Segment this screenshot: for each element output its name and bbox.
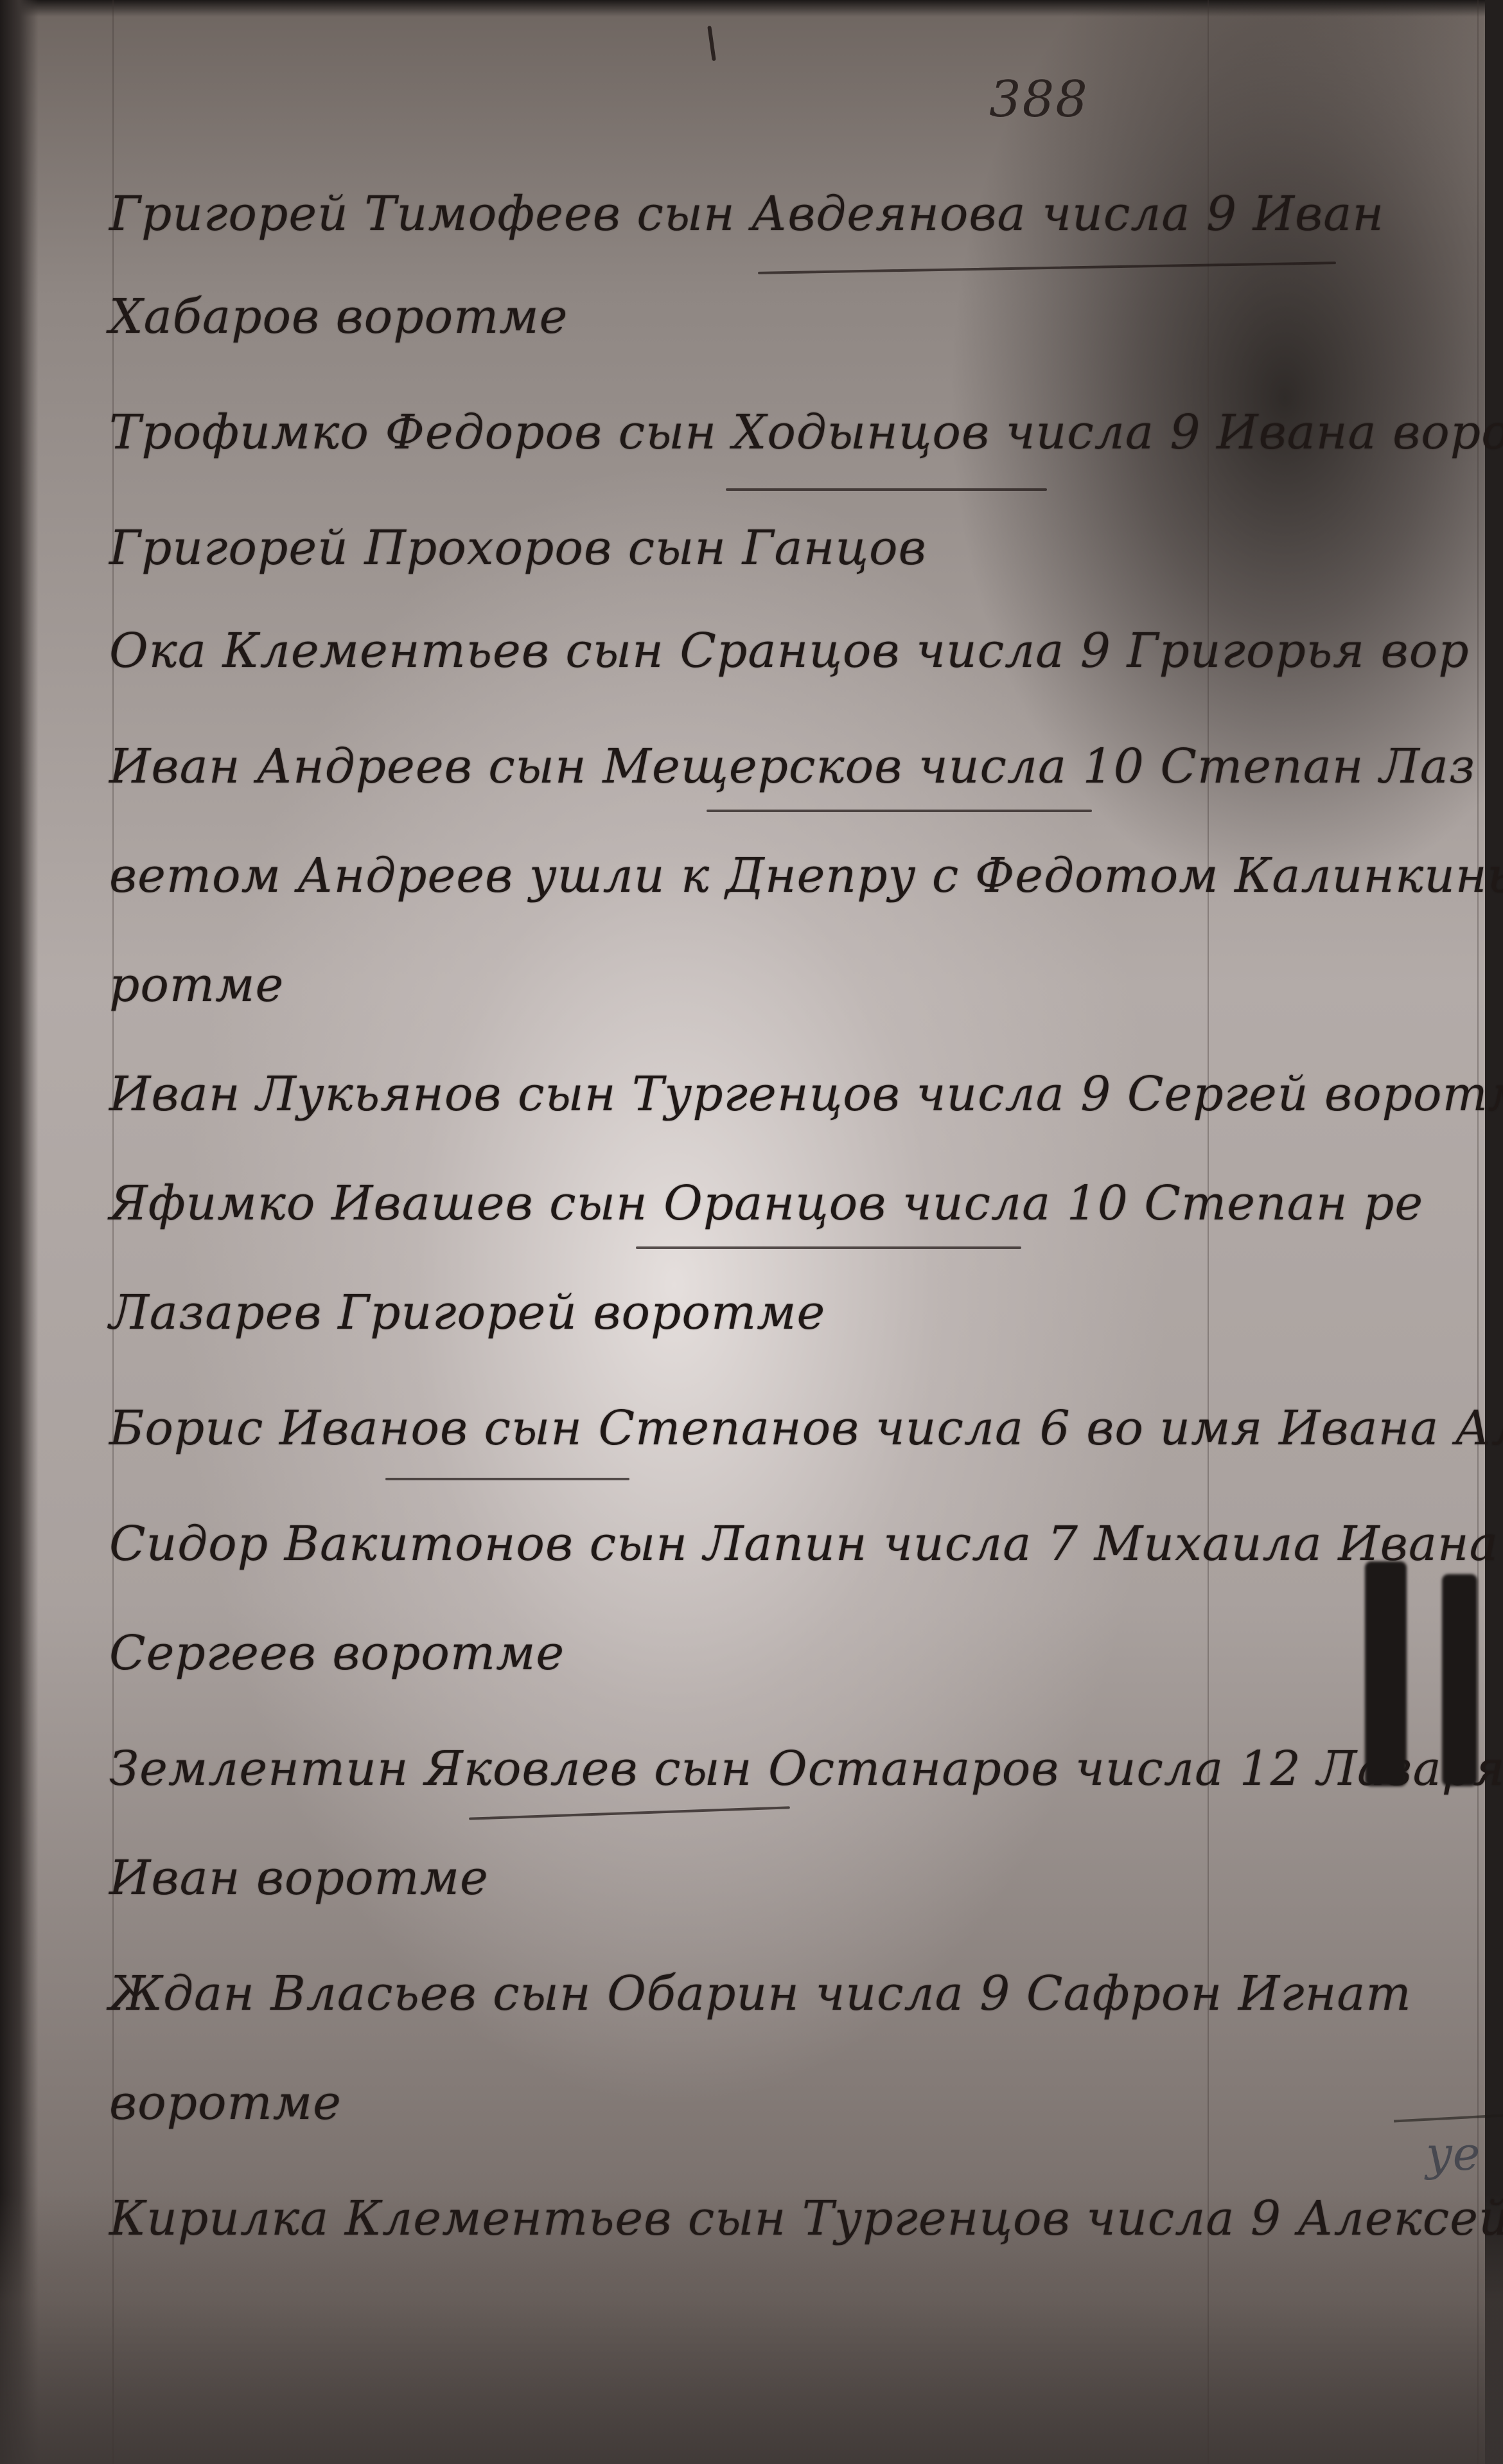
top-edge-shadow: [0, 0, 1503, 17]
page-number: 388: [989, 71, 1089, 129]
text-line: Иван воротме: [109, 1850, 489, 1906]
text-line: ветом Андреев ушли к Днепру с Федотом Ка…: [109, 848, 1503, 903]
text-line: Трофимко Федоров сын Ходынцов числа 9 Ив…: [109, 405, 1503, 460]
text-line: Ока Клементьев сын Сранцов числа 9 Григо…: [109, 623, 1470, 678]
right-edge: [1485, 0, 1503, 2464]
text-line: Ждан Власьев сын Обарин числа 9 Сафрон И…: [109, 1966, 1412, 2021]
text-line: Иван Лукьянов сын Тургенцов числа 9 Серг…: [109, 1067, 1503, 1122]
text-line: Землентин Яковлев сын Останаров числа 12…: [109, 1741, 1503, 1796]
text-line: ротме: [109, 957, 284, 1013]
text-line: воротме: [109, 2075, 342, 2131]
ink-underline: [636, 1246, 1021, 1249]
text-line: Сергеев воротме: [109, 1626, 565, 1681]
text-line: Яфимко Ивашев сын Оранцов числа 10 Степа…: [109, 1176, 1423, 1231]
ink-underline: [469, 1806, 790, 1820]
text-line: Сидор Вакитонов сын Лапин числа 7 Михаил…: [109, 1516, 1499, 1572]
text-line: Лазарев Григорей воротме: [109, 1285, 825, 1340]
margin-note: уе: [1426, 2127, 1480, 2181]
stray-ink-mark: [707, 26, 716, 61]
ink-underline: [726, 488, 1047, 491]
ink-underline: [707, 810, 1092, 812]
text-line: Борис Иванов сын Степанов числа 6 во имя…: [109, 1401, 1503, 1456]
ruling-line: [1477, 0, 1479, 2464]
margin-ink-bar: [1365, 1561, 1407, 1786]
ink-underline: [758, 261, 1336, 274]
text-line: Иван Андреев сын Мещерсков числа 10 Степ…: [109, 739, 1475, 794]
ruling-line: [1208, 0, 1209, 2464]
margin-ink-bar: [1442, 1574, 1477, 1786]
text-line: Григорей Тимофеев сын Авдеянова числа 9 …: [109, 186, 1384, 242]
ink-underline: [385, 1478, 629, 1480]
text-line: Григорей Прохоров сын Ганцов: [109, 520, 927, 576]
text-line: Хабаров воротме: [109, 289, 568, 344]
manuscript-page: 388 Григорей Тимофеев сын Авдеянова числ…: [0, 0, 1503, 2464]
text-line: Кирилка Клементьев сын Тургенцов числа 9…: [109, 2191, 1503, 2246]
binding-edge: [0, 0, 39, 2464]
